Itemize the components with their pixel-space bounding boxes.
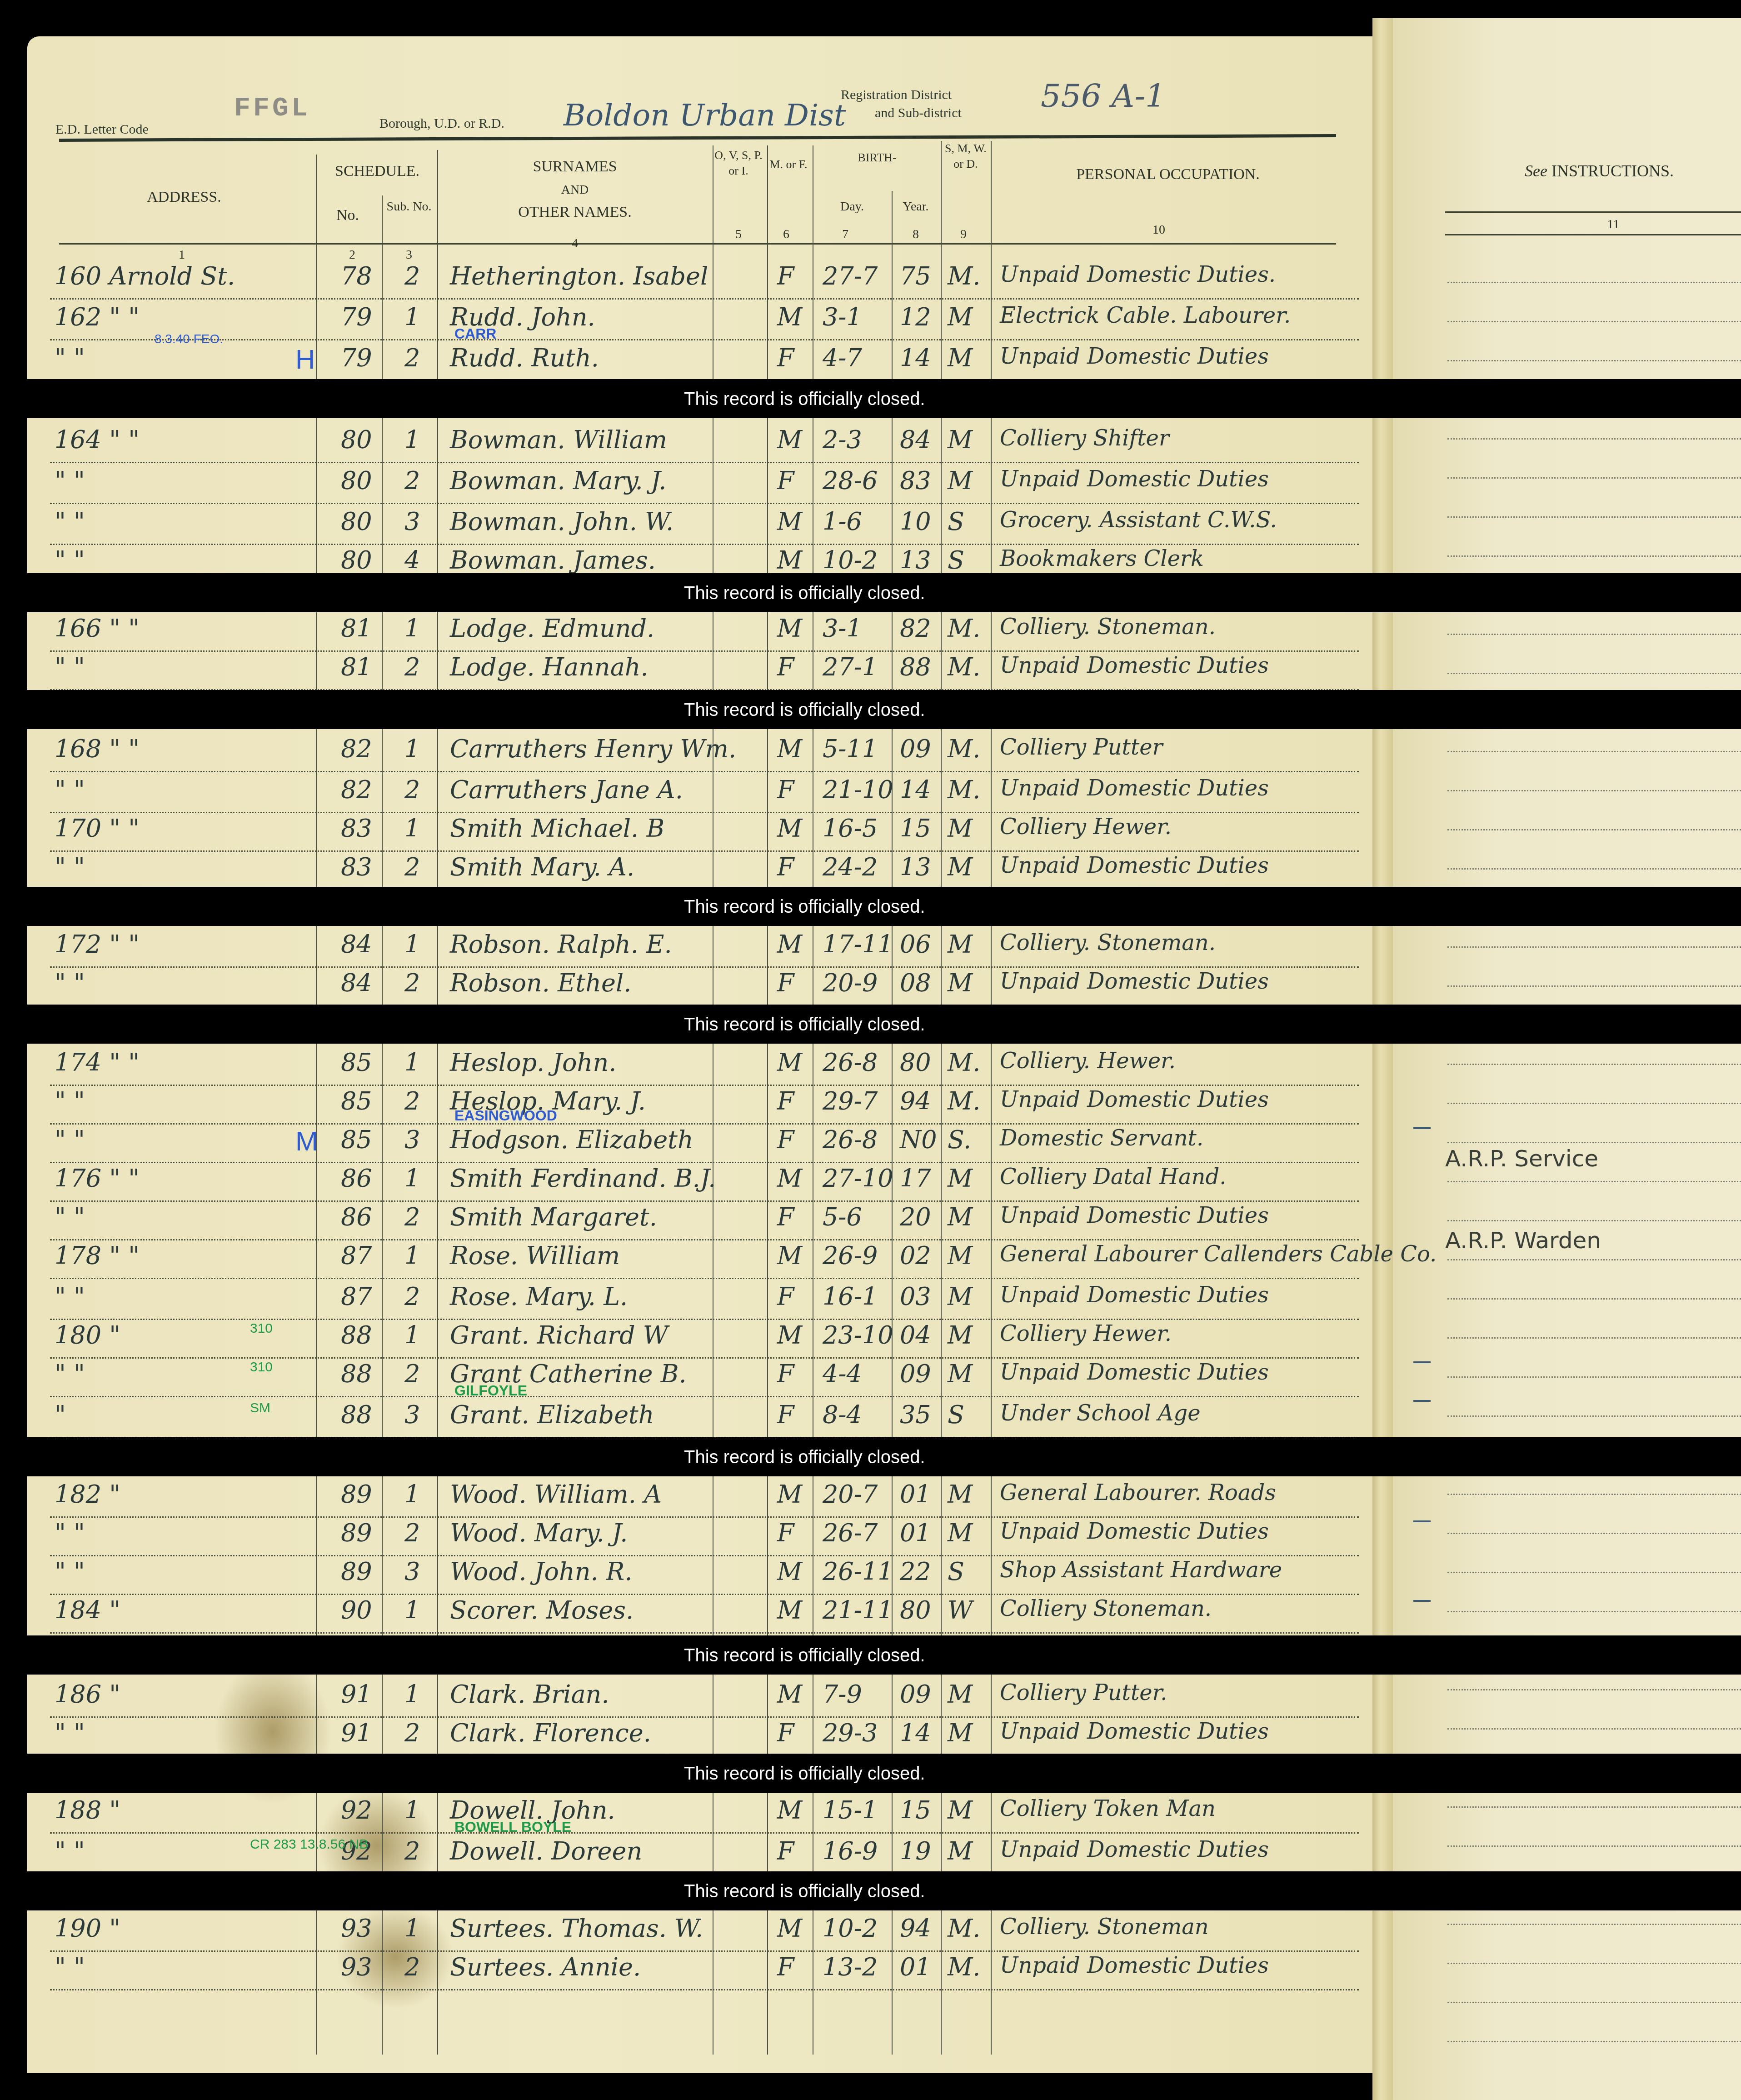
- cell-status: W: [948, 1596, 973, 1625]
- cell-sex: M: [777, 614, 802, 643]
- closed-record-band: This record is officially closed.: [0, 1437, 1741, 1476]
- annotation-surname: BOWELL BOYLE: [454, 1819, 571, 1835]
- cell-day: 17-11: [823, 930, 893, 959]
- cell-status: M: [948, 1680, 973, 1709]
- cell-sex: F: [777, 969, 794, 997]
- ruled-line: [1447, 946, 1741, 948]
- ruled-line: [1447, 634, 1741, 635]
- cell-status: M: [948, 814, 973, 843]
- closed-record-text: This record is officially closed.: [684, 1015, 925, 1035]
- cell-name: Wood. John. R.: [450, 1557, 633, 1586]
- borough-value: Boldon Urban Dist: [564, 98, 846, 133]
- ruled-line: [1447, 829, 1741, 830]
- cell-no: 80: [341, 466, 372, 495]
- ruled-line: [1447, 1924, 1741, 1925]
- table-row: 190 "931Surtees. Thomas. W.M10-294M.Coll…: [50, 1911, 1359, 1952]
- cell-sex: F: [777, 775, 794, 804]
- cell-year: 13: [900, 546, 931, 575]
- cell-address: " ": [55, 1837, 85, 1865]
- cell-sub: 2: [404, 1719, 420, 1747]
- margin-dash: [1413, 1600, 1431, 1602]
- cell-name: Bowman. Mary. J.: [450, 466, 667, 495]
- cell-sub: 1: [404, 1680, 420, 1709]
- cell-address: " ": [55, 853, 85, 881]
- ruled-line: [1447, 1415, 1741, 1417]
- cell-address: " ": [55, 507, 85, 536]
- cell-year: 84: [900, 425, 931, 454]
- ruled-line: [1447, 1963, 1741, 1964]
- cell-no: 87: [341, 1241, 372, 1270]
- closed-record-text: This record is officially closed.: [684, 1881, 925, 1902]
- cell-year: 08: [900, 969, 931, 997]
- cell-year: 01: [900, 1953, 931, 1981]
- right-column-rule: [1445, 234, 1741, 235]
- cell-address: 160 Arnold St.: [55, 262, 235, 290]
- cell-address: " ": [55, 969, 85, 997]
- cell-year: 80: [900, 1048, 931, 1077]
- margin-dash: [1413, 1400, 1431, 1402]
- col-sex: M. or F.: [768, 157, 809, 172]
- cell-day: 27-7: [823, 262, 878, 290]
- cell-status: M: [948, 1519, 973, 1547]
- col-surnames-2: AND: [439, 182, 711, 198]
- ruled-line: [1447, 985, 1741, 987]
- cell-address: " ": [55, 1203, 85, 1231]
- table-row: " "853Hodgson. ElizabethF26-8N0S.Domesti…: [50, 1123, 1359, 1163]
- annotation-surname: GILFOYLE: [454, 1382, 527, 1399]
- closed-record-text: This record is officially closed.: [684, 1764, 925, 1784]
- cell-address: " ": [55, 1719, 85, 1747]
- cell-occupation: Electrick Cable. Labourer.: [1000, 303, 1291, 328]
- cell-year: 01: [900, 1519, 931, 1547]
- cell-no: 83: [341, 814, 372, 843]
- cell-sub: 2: [404, 775, 420, 804]
- closed-record-text: This record is officially closed.: [684, 583, 925, 604]
- closed-record-band: This record is officially closed.: [0, 1754, 1741, 1793]
- cell-day: 26-11: [823, 1557, 893, 1586]
- cell-occupation: Unpaid Domestic Duties: [1000, 1837, 1269, 1862]
- cell-sex: M: [777, 507, 802, 536]
- cell-occupation: Colliery Datal Hand.: [1000, 1164, 1226, 1190]
- cell-address: 166 " ": [55, 614, 140, 643]
- cell-no: 88: [341, 1360, 372, 1388]
- cell-no: 88: [341, 1321, 372, 1350]
- cell-address: " ": [55, 1519, 85, 1547]
- cell-sub: 2: [404, 344, 420, 372]
- closed-record-text: This record is officially closed.: [684, 700, 925, 720]
- cell-address: " ": [55, 344, 85, 372]
- cell-status: M: [948, 425, 973, 454]
- cell-address: 178 " ": [55, 1241, 140, 1270]
- table-row: " "872Rose. Mary. L.F16-103MUnpaid Domes…: [50, 1280, 1359, 1320]
- table-row: 188 "921Dowell. John.M15-115MColliery To…: [50, 1793, 1359, 1834]
- cell-status: M: [948, 466, 973, 495]
- closed-record-band: This record is officially closed.: [0, 1635, 1741, 1675]
- cell-sub: 2: [404, 853, 420, 881]
- cell-name: Grant. Elizabeth: [450, 1400, 654, 1429]
- cell-no: 84: [341, 969, 372, 997]
- ruled-line: [1447, 438, 1741, 440]
- cell-no: 91: [341, 1680, 372, 1709]
- col-ovspi: O, V, S, P. or I.: [713, 148, 763, 179]
- cell-no: 81: [341, 614, 372, 643]
- cell-day: 4-4: [823, 1360, 862, 1388]
- col-instructions: See INSTRUCTIONS.: [1525, 161, 1674, 180]
- cell-status: M.: [948, 775, 980, 804]
- cell-year: 15: [900, 1796, 931, 1825]
- cell-occupation: Unpaid Domestic Duties: [1000, 1203, 1269, 1228]
- cell-occupation: Bookmakers Clerk: [1000, 546, 1204, 571]
- cell-day: 15-1: [823, 1796, 878, 1825]
- cell-year: 20: [900, 1203, 931, 1231]
- cell-sex: F: [777, 344, 794, 372]
- ruled-line: [1447, 516, 1741, 518]
- table-row: 174 " "851Heslop. John.M26-880M.Colliery…: [50, 1045, 1359, 1086]
- annotation-margin: CR 283 13.8.56 NB: [250, 1837, 368, 1852]
- cell-no: 90: [341, 1596, 372, 1625]
- cell-sub: 3: [404, 1400, 420, 1429]
- cell-occupation: Unpaid Domestic Duties: [1000, 775, 1269, 801]
- cell-occupation: Grocery. Assistant C.W.S.: [1000, 507, 1277, 533]
- cell-sub: 2: [404, 262, 420, 290]
- cell-occupation: Unpaid Domestic Duties: [1000, 1519, 1269, 1544]
- ruled-line: [1447, 751, 1741, 752]
- cell-status: M: [948, 344, 973, 372]
- table-row: 184 "901Scorer. Moses.M21-1180WColliery …: [50, 1593, 1359, 1634]
- closed-record-text: This record is officially closed.: [684, 897, 925, 917]
- col-schedule-sub: Sub. No.: [382, 199, 436, 215]
- cell-sex: M: [777, 1557, 802, 1586]
- cell-occupation: Colliery. Hewer.: [1000, 1048, 1176, 1074]
- table-row: " "932Surtees. Annie.F13-201M.Unpaid Dom…: [50, 1950, 1359, 1990]
- col-occupation: PERSONAL OCCUPATION.: [995, 165, 1341, 185]
- cell-status: S: [948, 1400, 964, 1429]
- cell-day: 5-11: [823, 735, 878, 763]
- cell-year: 14: [900, 775, 931, 804]
- cell-year: 75: [900, 262, 931, 290]
- cell-sex: F: [777, 1360, 794, 1388]
- closed-record-band: This record is officially closed.: [0, 573, 1741, 612]
- cell-day: 7-9: [823, 1680, 862, 1709]
- cell-sex: M: [777, 1048, 802, 1077]
- cell-status: M: [948, 1796, 973, 1825]
- cell-no: 85: [341, 1125, 372, 1154]
- cell-year: 02: [900, 1241, 931, 1270]
- cell-year: 01: [900, 1480, 931, 1509]
- cell-sub: 2: [404, 1087, 420, 1115]
- cell-name: Smith Michael. B: [450, 814, 664, 843]
- cell-no: 87: [341, 1282, 372, 1311]
- table-row: "883Grant. ElizabethF8-435SUnder School …: [50, 1398, 1359, 1438]
- cell-sub: 1: [404, 1480, 420, 1509]
- cell-sub: 2: [404, 1837, 420, 1865]
- cell-address: ": [55, 1400, 66, 1429]
- ruled-line: [1447, 1533, 1741, 1534]
- col-number: 5: [729, 227, 748, 242]
- ruled-line: [1447, 1494, 1741, 1495]
- cell-sex: F: [777, 1400, 794, 1429]
- cell-sex: M: [777, 425, 802, 454]
- cell-year: 22: [900, 1557, 931, 1586]
- cell-name: Carruthers Jane A.: [450, 775, 683, 804]
- table-row: " "822Carruthers Jane A.F21-1014M.Unpaid…: [50, 773, 1359, 813]
- cell-no: 79: [341, 303, 372, 331]
- table-row: 182 "891Wood. William. AM20-701MGeneral …: [50, 1477, 1359, 1518]
- cell-day: 3-1: [823, 303, 862, 331]
- see-text: See: [1525, 162, 1547, 180]
- col-surnames-1: SURNAMES: [439, 157, 711, 177]
- cell-occupation: Colliery Stoneman.: [1000, 1596, 1212, 1621]
- cell-day: 21-11: [823, 1596, 893, 1625]
- cell-address: " ": [55, 1953, 85, 1981]
- cell-status: S: [948, 1557, 964, 1586]
- closed-record-band: This record is officially closed.: [0, 1005, 1741, 1044]
- cell-sub: 1: [404, 1164, 420, 1193]
- cell-sex: F: [777, 653, 794, 681]
- cell-no: 86: [341, 1203, 372, 1231]
- cell-year: 14: [900, 1719, 931, 1747]
- cell-name: Wood. Mary. J.: [450, 1519, 628, 1547]
- col-number: 8: [907, 227, 925, 242]
- cell-name: Scorer. Moses.: [450, 1596, 634, 1625]
- cell-day: 29-3: [823, 1719, 878, 1747]
- ruled-line: [1447, 2041, 1741, 2042]
- cell-address: 162 " ": [55, 303, 140, 331]
- cell-day: 2-3: [823, 425, 862, 454]
- ed-letter-code-label: E.D. Letter Code: [55, 122, 149, 137]
- ruled-line: [1447, 1728, 1741, 1730]
- cell-sex: M: [777, 546, 802, 575]
- closed-record-band: This record is officially closed.: [0, 1871, 1741, 1910]
- cell-name: Lodge. Edmund.: [450, 614, 654, 643]
- cell-day: 29-7: [823, 1087, 878, 1115]
- closed-record-text: This record is officially closed.: [684, 389, 925, 410]
- cell-status: M.: [948, 614, 980, 643]
- cell-name: Robson. Ralph. E.: [450, 930, 672, 959]
- cell-status: M.: [948, 653, 980, 681]
- cell-occupation: Colliery Putter.: [1000, 1680, 1167, 1705]
- cell-occupation: Colliery Token Man: [1000, 1796, 1216, 1821]
- cell-address: " ": [55, 466, 85, 495]
- cell-year: 94: [900, 1914, 931, 1943]
- cell-sex: F: [777, 1519, 794, 1547]
- cell-address: 184 ": [55, 1596, 120, 1625]
- cell-address: 164 " ": [55, 425, 140, 454]
- cell-year: 83: [900, 466, 931, 495]
- cell-day: 4-7: [823, 344, 862, 372]
- cell-year: 10: [900, 507, 931, 536]
- cell-no: 80: [341, 546, 372, 575]
- cell-no: 81: [341, 653, 372, 681]
- cell-status: M.: [948, 735, 980, 763]
- cell-sex: M: [777, 814, 802, 843]
- cell-status: M: [948, 1360, 973, 1388]
- cell-status: M: [948, 1480, 973, 1509]
- cell-year: 04: [900, 1321, 931, 1350]
- cell-day: 28-6: [823, 466, 878, 495]
- cell-address: 174 " ": [55, 1048, 140, 1077]
- cell-sex: F: [777, 853, 794, 881]
- cell-name: Hodgson. Elizabeth: [450, 1125, 693, 1154]
- cell-no: 91: [341, 1719, 372, 1747]
- table-row: " "882Grant Catherine B.F4-409MUnpaid Do…: [50, 1357, 1359, 1397]
- table-row: 164 " "801Bowman. WilliamM2-384MColliery…: [50, 423, 1359, 463]
- registration-label-2: and Sub-district: [875, 105, 962, 121]
- cell-status: M: [948, 853, 973, 881]
- cell-day: 1-6: [823, 507, 862, 536]
- cell-name: Smith Margaret.: [450, 1203, 657, 1231]
- cell-sub: 2: [404, 1953, 420, 1981]
- annotation-ref: 8.3.40 FEO.: [155, 332, 223, 346]
- cell-occupation: Unpaid Domestic Duties: [1000, 1953, 1269, 1978]
- cell-address: " ": [55, 1125, 85, 1154]
- cell-status: M: [948, 1282, 973, 1311]
- cell-occupation: Unpaid Domestic Duties: [1000, 853, 1269, 878]
- cell-occupation: Colliery. Stoneman: [1000, 1914, 1209, 1940]
- registration-value: 556 A-1: [1041, 77, 1166, 115]
- cell-address: " ": [55, 1360, 85, 1388]
- cell-sex: F: [777, 466, 794, 495]
- cell-name: Hetherington. Isabel: [450, 262, 708, 290]
- ruled-line: [1447, 1259, 1741, 1260]
- table-row: " "892Wood. Mary. J.F26-701MUnpaid Domes…: [50, 1516, 1359, 1556]
- ruled-line: [1447, 1181, 1741, 1182]
- margin-dash: [1413, 1361, 1431, 1363]
- cell-sub: 4: [404, 546, 420, 575]
- cell-no: 82: [341, 735, 372, 763]
- cell-address: 180 ": [55, 1321, 120, 1350]
- cell-sub: 1: [404, 1241, 420, 1270]
- cell-sub: 2: [404, 653, 420, 681]
- annotation-margin: 310: [250, 1360, 273, 1375]
- cell-year: N0: [900, 1125, 937, 1154]
- col-number: 4: [566, 236, 584, 251]
- ed-letter-code-stamp: FFGL: [234, 93, 310, 124]
- cell-year: 09: [900, 735, 931, 763]
- cell-year: 19: [900, 1837, 931, 1865]
- cell-address: " ": [55, 1087, 85, 1115]
- cell-year: 09: [900, 1680, 931, 1709]
- ruled-line: [1447, 1142, 1741, 1143]
- cell-day: 3-1: [823, 614, 862, 643]
- cell-occupation: Colliery Shifter: [1000, 425, 1169, 451]
- cell-name: Bowman. James.: [450, 546, 656, 575]
- right-column-rule: [1445, 211, 1741, 213]
- margin-dash: [1413, 1520, 1431, 1522]
- ruled-line: [1447, 673, 1741, 674]
- cell-status: M: [948, 1241, 973, 1270]
- cell-sex: M: [777, 1680, 802, 1709]
- cell-occupation: Unpaid Domestic Duties: [1000, 1719, 1269, 1744]
- cell-year: 13: [900, 853, 931, 881]
- cell-status: S: [948, 546, 964, 575]
- cell-sub: 2: [404, 466, 420, 495]
- cell-year: 88: [900, 653, 931, 681]
- cell-address: " ": [55, 1282, 85, 1311]
- table-row: " "802Bowman. Mary. J.F28-683MUnpaid Dom…: [50, 464, 1359, 504]
- cell-occupation: Colliery Hewer.: [1000, 1321, 1172, 1346]
- cell-sub: 2: [404, 1519, 420, 1547]
- cell-sex: M: [777, 1164, 802, 1193]
- cell-day: 16-5: [823, 814, 878, 843]
- cell-occupation: Unpaid Domestic Duties: [1000, 344, 1269, 369]
- cell-name: Grant. Richard W: [450, 1321, 668, 1350]
- cell-name: Surtees. Thomas. W.: [450, 1914, 703, 1943]
- col-schedule: SCHEDULE.: [318, 161, 436, 181]
- cell-address: 168 " ": [55, 735, 140, 763]
- cell-day: 20-7: [823, 1480, 878, 1509]
- cell-name: Heslop. John.: [450, 1048, 616, 1077]
- cell-address: " ": [55, 653, 85, 681]
- cell-sex: F: [777, 1719, 794, 1747]
- ruled-line: [1447, 1376, 1741, 1378]
- cell-address: " ": [55, 775, 85, 804]
- cell-address: " ": [55, 1557, 85, 1586]
- cell-sub: 1: [404, 1321, 420, 1350]
- closed-record-text: This record is officially closed.: [684, 1645, 925, 1666]
- cell-sub: 3: [404, 1557, 420, 1586]
- cell-no: 93: [341, 1953, 372, 1981]
- cell-occupation: Unpaid Domestic Duties: [1000, 1360, 1269, 1385]
- cell-sub: 1: [404, 614, 420, 643]
- margin-dash: [1413, 1127, 1431, 1129]
- table-row: " "862Smith Margaret.F5-620MUnpaid Domes…: [50, 1200, 1359, 1240]
- cell-sex: M: [777, 735, 802, 763]
- ruled-line: [1447, 1064, 1741, 1065]
- cell-sub: 1: [404, 425, 420, 454]
- cell-status: M: [948, 1321, 973, 1350]
- cell-name: Bowman. William: [450, 425, 667, 454]
- cell-status: S.: [948, 1125, 971, 1154]
- table-row: " "832Smith Mary. A.F24-213MUnpaid Domes…: [50, 850, 1359, 890]
- col-birth-day: Day.: [813, 199, 891, 215]
- annotation-surname: CARR: [454, 325, 496, 342]
- cell-status: M.: [948, 262, 980, 290]
- cell-sub: 2: [404, 1203, 420, 1231]
- ruled-line: [1447, 555, 1741, 557]
- col-number: 7: [836, 227, 854, 242]
- ruled-line: [1447, 1337, 1741, 1339]
- cell-occupation: General Labourer Callenders Cable Co.: [1000, 1241, 1437, 1267]
- cell-address: 170 " ": [55, 814, 140, 843]
- cell-year: 14: [900, 344, 931, 372]
- cell-year: 12: [900, 303, 931, 331]
- cell-year: 17: [900, 1164, 931, 1193]
- cell-no: 86: [341, 1164, 372, 1193]
- cell-occupation: Unpaid Domestic Duties: [1000, 1282, 1269, 1308]
- cell-day: 27-10: [823, 1164, 893, 1193]
- cell-sex: F: [777, 1087, 794, 1115]
- cell-sex: F: [777, 1282, 794, 1311]
- col-address: ADDRESS.: [59, 187, 309, 207]
- cell-address: 190 ": [55, 1914, 120, 1943]
- cell-sex: F: [777, 1125, 794, 1154]
- cell-no: 78: [341, 262, 372, 290]
- right-note-arp-warden: A.R.P. Warden: [1445, 1227, 1601, 1254]
- cell-address: 188 ": [55, 1796, 120, 1825]
- closed-record-band: This record is officially closed.: [0, 887, 1741, 926]
- cell-sub: 1: [404, 735, 420, 763]
- cell-sub: 1: [404, 930, 420, 959]
- cell-no: 83: [341, 853, 372, 881]
- col-number: 9: [954, 227, 973, 242]
- cell-year: 09: [900, 1360, 931, 1388]
- cell-occupation: Unpaid Domestic Duties.: [1000, 262, 1276, 287]
- cell-day: 8-4: [823, 1400, 862, 1429]
- ruled-line: [1447, 1298, 1741, 1300]
- cell-sub: 1: [404, 1914, 420, 1943]
- ruled-line: [1447, 1220, 1741, 1221]
